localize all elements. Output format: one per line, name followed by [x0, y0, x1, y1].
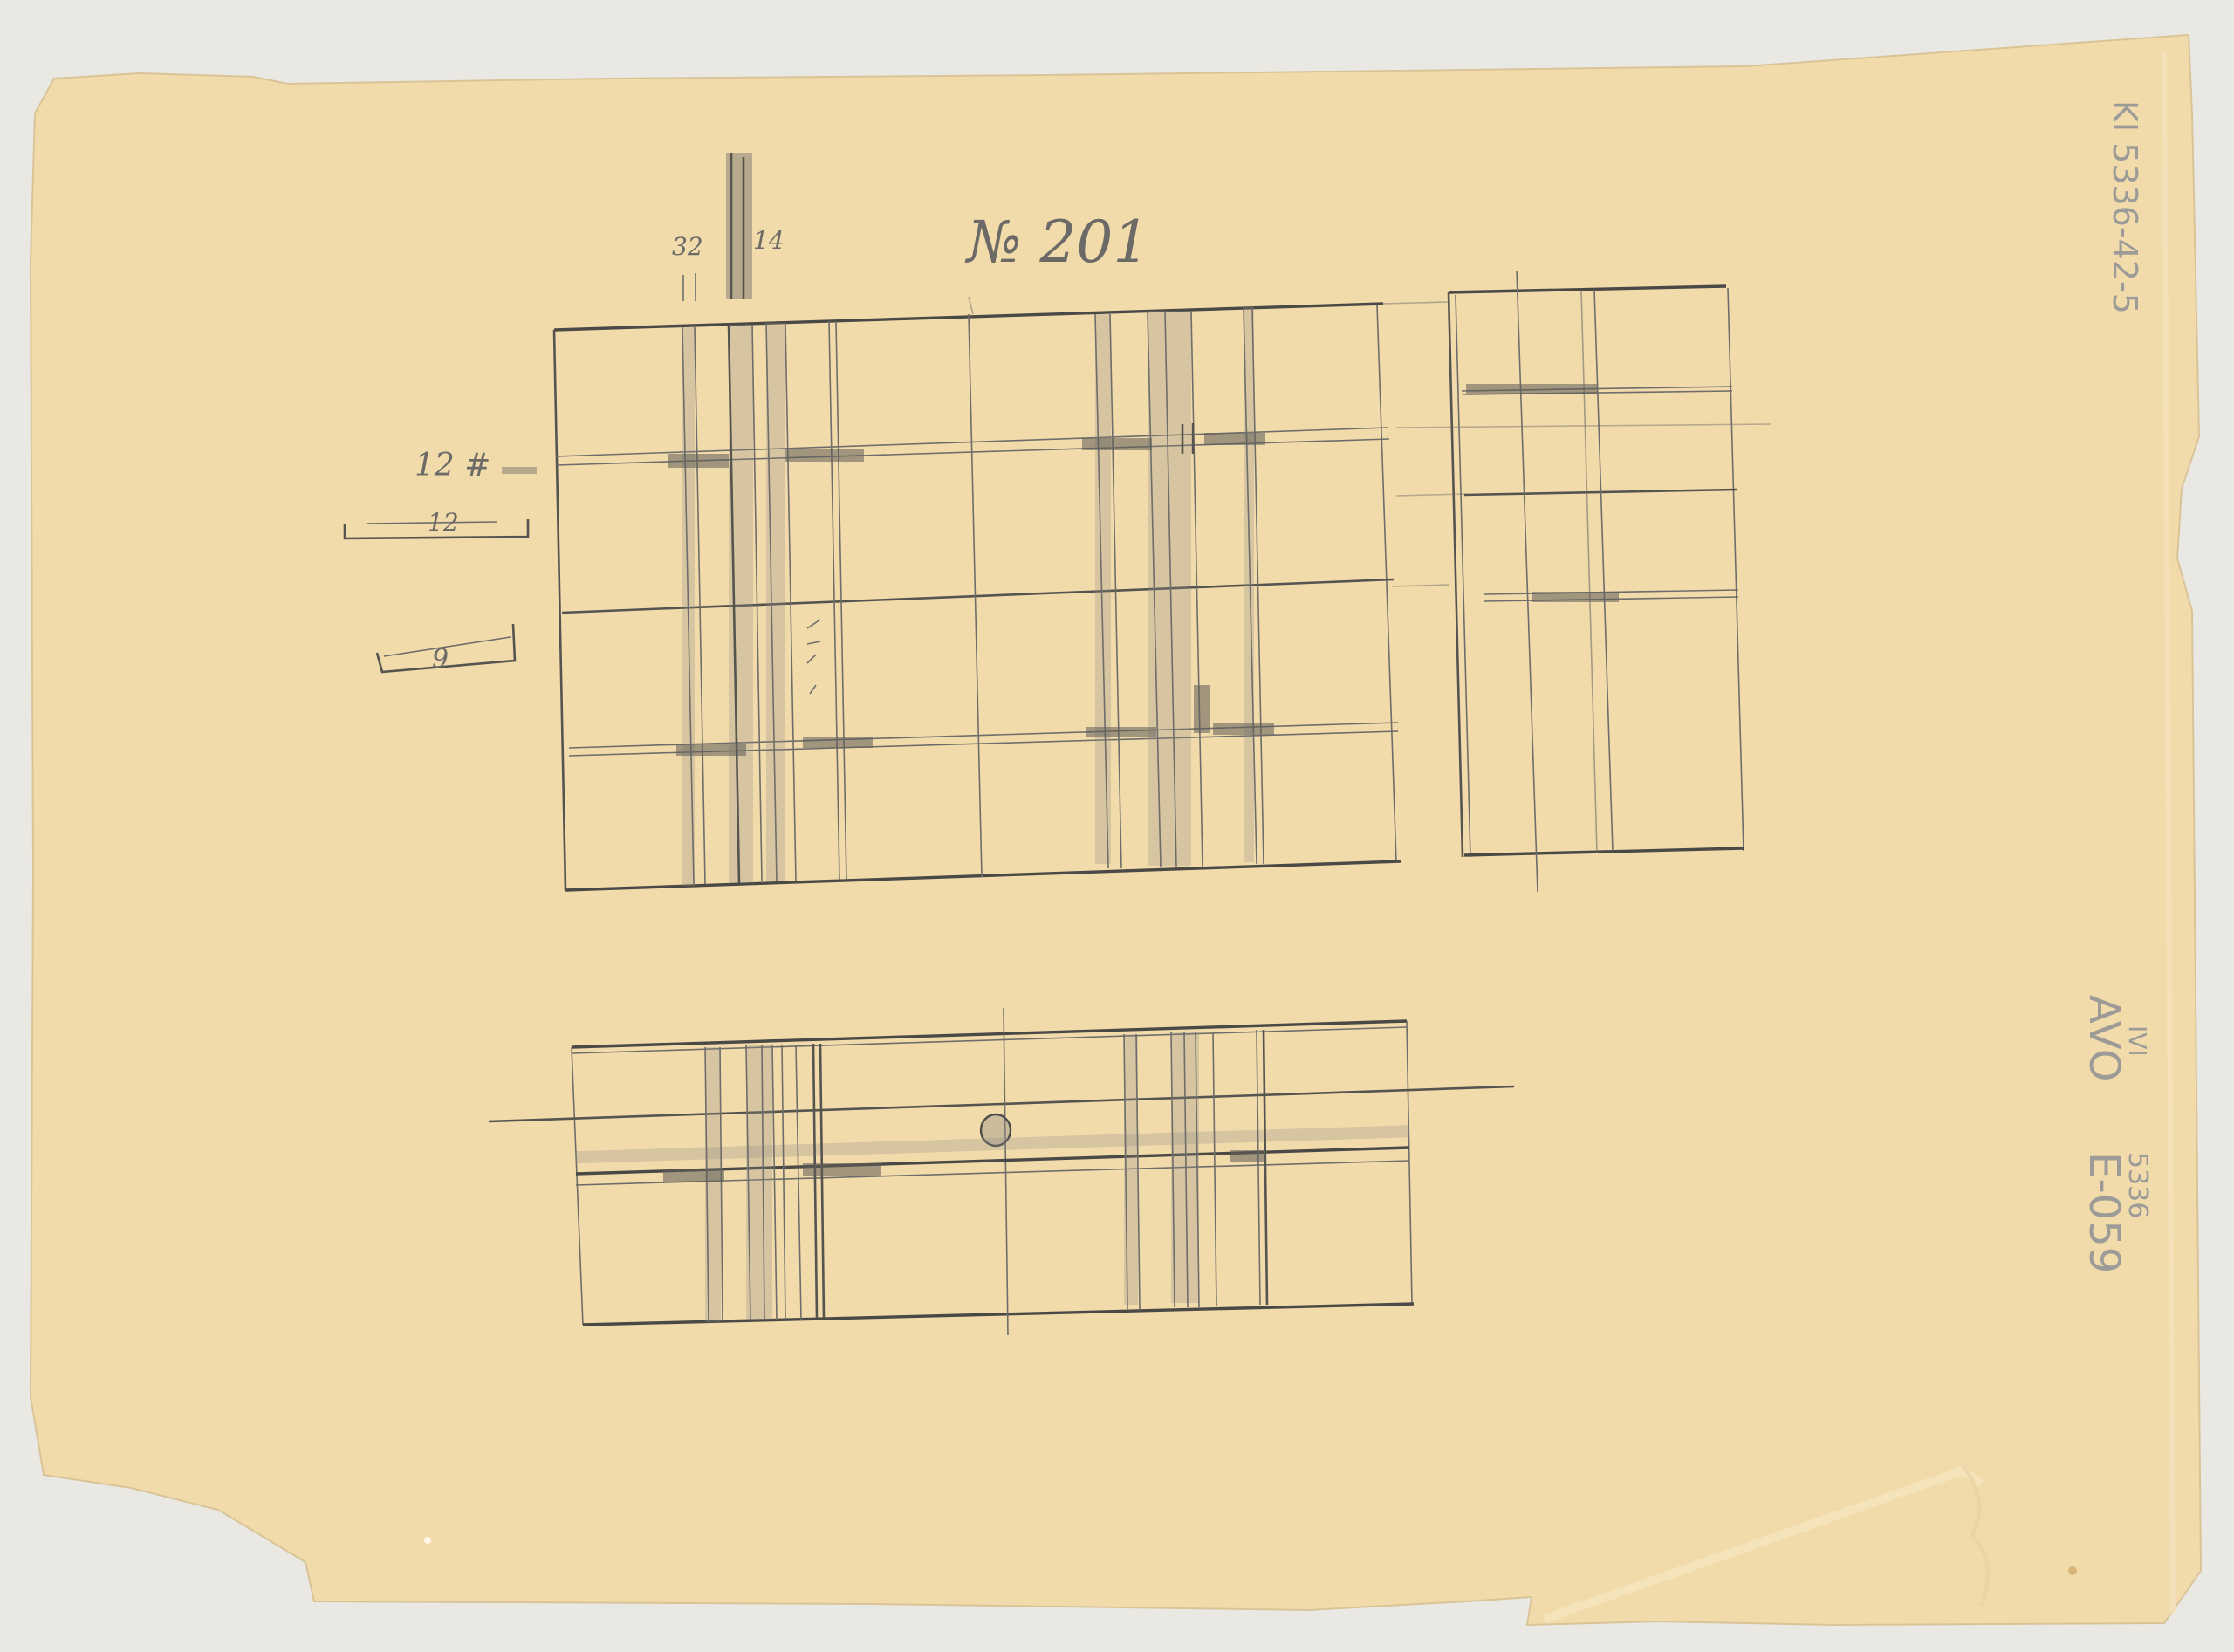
- hatched-batten-mark: [726, 153, 752, 299]
- title-group: № 201: [964, 209, 1149, 276]
- drawing-sheet: № 201 32 14 12 # 12 9: [0, 0, 2234, 1652]
- section-9: 9: [432, 644, 449, 675]
- archive-mark-e059: E-059: [2080, 1152, 2128, 1273]
- dimension-32: 32: [672, 232, 703, 261]
- dimension-14: 14: [753, 226, 785, 255]
- note-12-hash: 12 #: [415, 448, 490, 483]
- archive-mark-avo: AVO: [2080, 995, 2128, 1082]
- drawing-number: № 201: [964, 209, 1149, 276]
- archive-number-top: KI 5336-42-5: [2106, 100, 2144, 314]
- section-12: 12: [428, 508, 459, 537]
